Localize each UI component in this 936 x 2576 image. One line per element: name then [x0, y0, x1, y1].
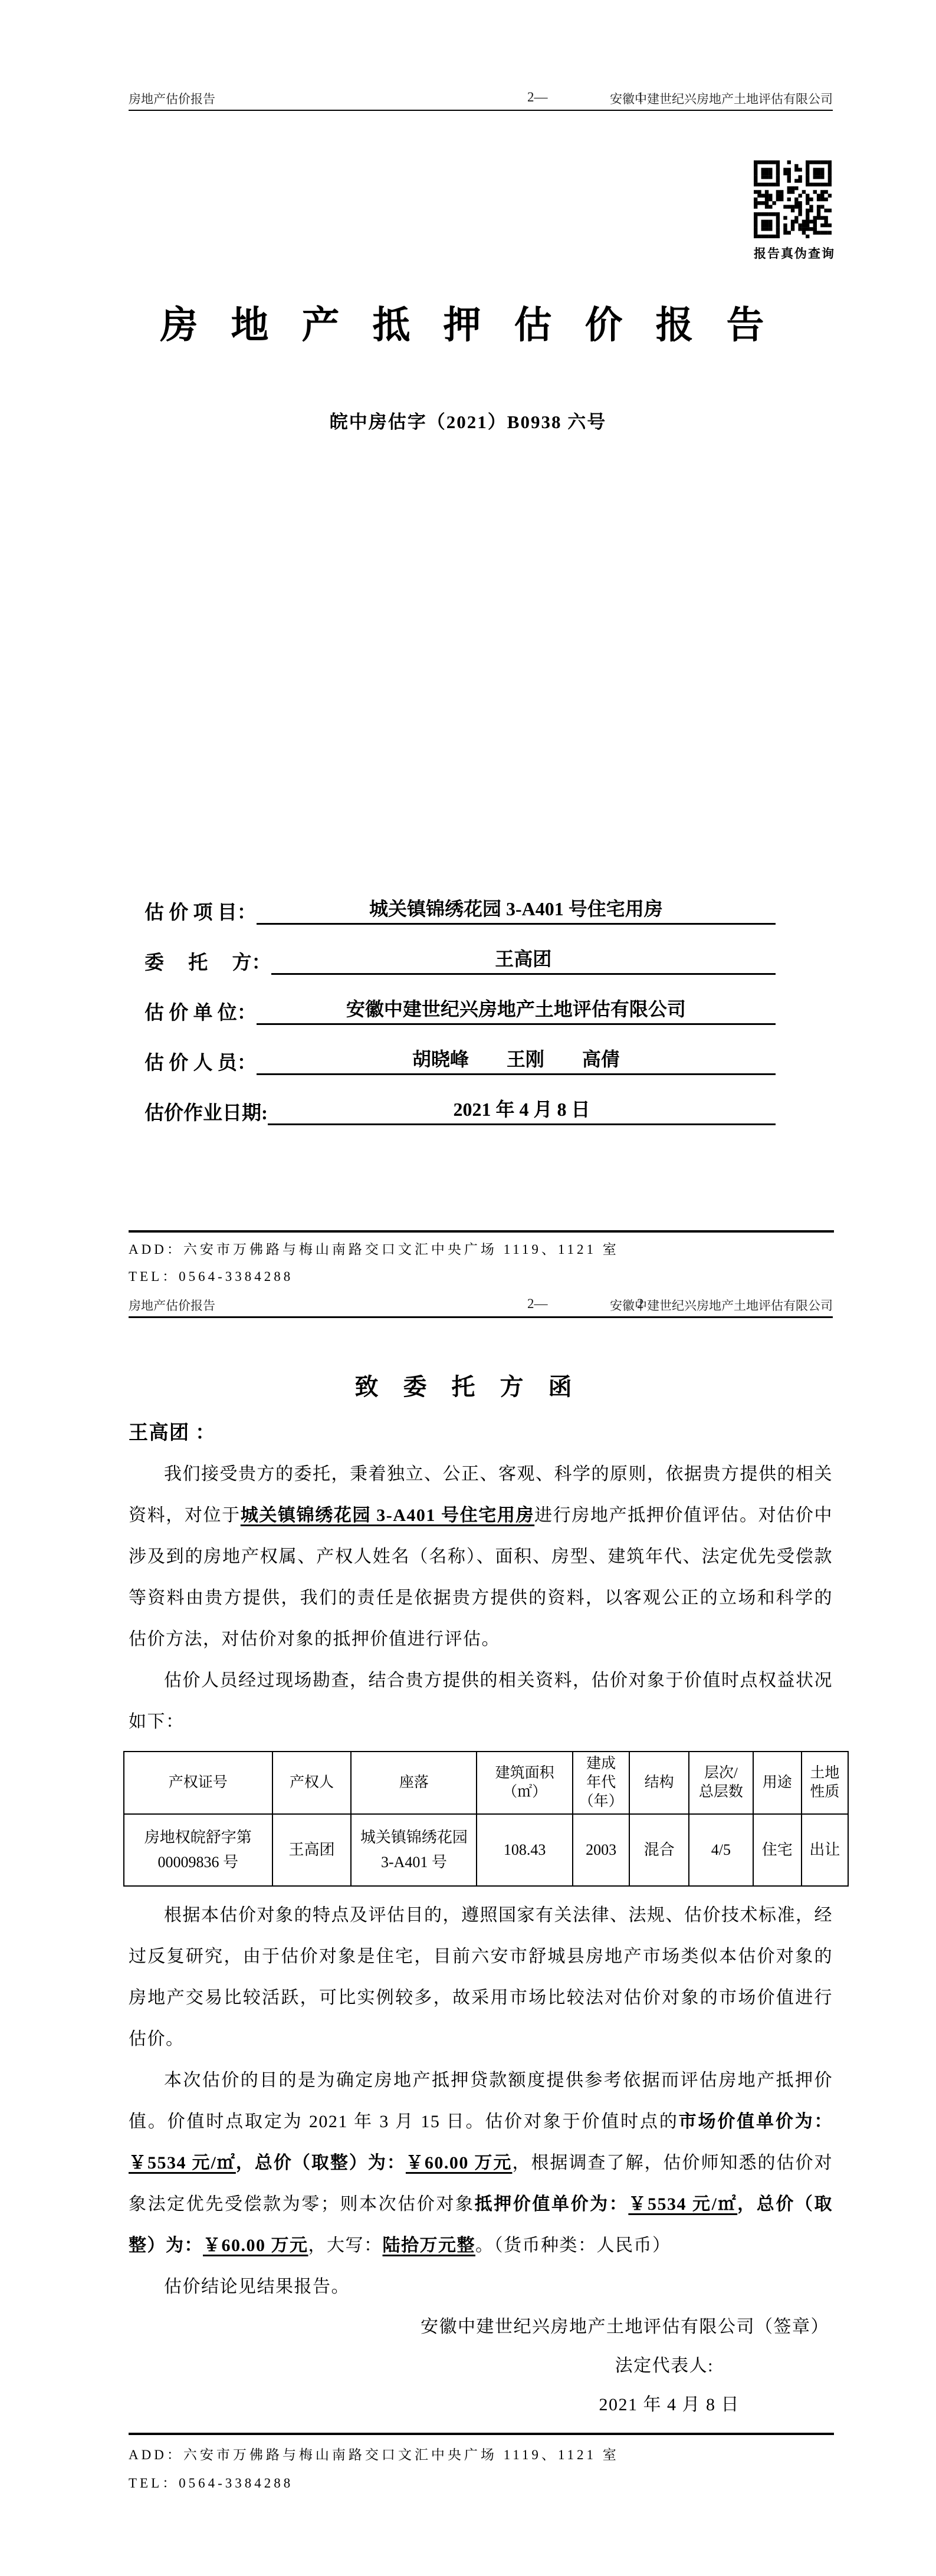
cell-use: 住宅	[753, 1814, 802, 1886]
cell-owner: 王高团	[272, 1814, 352, 1886]
page1-footer-address: ADD：六安市万佛路与梅山南路交口文汇中央广场 1119、1121 室	[129, 1238, 895, 1258]
col-header-floor-area: 建筑面积（㎡）	[477, 1752, 572, 1814]
col-header-owner: 产权人	[272, 1752, 352, 1814]
cell-location: 城关镇锦绣花园3-A401 号	[351, 1814, 477, 1886]
appraisal-table-data-row: 房地权皖舒字第00009836 号 王高团 城关镇锦绣花园3-A401 号 10…	[124, 1814, 848, 1886]
page2-header-rule	[129, 1316, 833, 1318]
qr-code	[754, 160, 832, 238]
signature-legal-rep: 法定代表人:	[129, 2347, 833, 2386]
col-header-location: 座落	[351, 1752, 477, 1814]
cell-floor-level: 4/5	[689, 1814, 753, 1886]
paragraph-conclusion-ref: 估价结论见结果报告。	[129, 2266, 833, 2308]
col-header-land-nature: 土地性质	[802, 1752, 848, 1814]
page2-footer-rule	[129, 2433, 834, 2435]
cell-structure: 混合	[629, 1814, 688, 1886]
field-row-client: 委 托 方： 王高团	[144, 947, 776, 975]
signature-company: 安徽中建世纪兴房地产土地评估有限公司（签章）	[129, 2308, 833, 2347]
cell-certificate-no: 房地权皖舒字第00009836 号	[124, 1814, 272, 1886]
cover-fields: 估 价 项 目： 城关镇锦绣花园 3-A401 号住宅用房 委 托 方： 王高团…	[144, 896, 776, 1147]
page1-header-title: 房地产估价报告	[129, 90, 215, 107]
page1-header-company: 安徽中建世纪兴房地产土地评估有限公司	[610, 90, 833, 107]
page1-footer-telephone: TEL：0564-3384288	[129, 1266, 895, 1285]
page1-footer-rule	[129, 1230, 834, 1233]
page2-header-title: 房地产估价报告	[129, 1296, 215, 1314]
field-row-project: 估 价 项 目： 城关镇锦绣花园 3-A401 号住宅用房	[144, 896, 776, 925]
report-doc-number: 皖中房估字（2021）B0938 六号	[0, 407, 936, 433]
appraisal-table-header-row: 产权证号 产权人 座落 建筑面积（㎡） 建成年代（年） 结构 层次/总层数 用途…	[124, 1752, 848, 1814]
field-label-appraisers: 估 价 人 员：	[144, 1047, 257, 1075]
letter-body: 王高团 ： 我们接受贵方的委托，秉着独立、公正、客观、科学的原则，依据贵方提供的…	[129, 1412, 833, 2424]
letter-title: 致 委 托 方 函	[0, 1368, 936, 1402]
cell-land-nature: 出让	[802, 1814, 848, 1886]
paragraph-survey: 估价人员经过现场勘查，结合贵方提供的相关资料，估价对象于价值时点权益状况如下：	[129, 1660, 833, 1743]
field-value-project: 城关镇锦绣花园 3-A401 号住宅用房	[257, 894, 776, 925]
signature-block: 安徽中建世纪兴房地产土地评估有限公司（签章） 法定代表人: 2021 年 4 月…	[129, 2308, 833, 2424]
page2-header-page-prefix: 2—	[527, 1296, 548, 1312]
col-header-certificate-no: 产权证号	[124, 1752, 272, 1814]
field-row-work-date: 估价作业日期: 2021 年 4 月 8 日	[144, 1097, 776, 1125]
salutation: 王高团 ：	[129, 1412, 833, 1454]
paragraph-commission: 我们接受贵方的委托，秉着独立、公正、客观、科学的原则，依据贵方提供的相关资料，对…	[129, 1454, 833, 1660]
field-row-appraisers: 估 价 人 员： 胡晓峰 王刚 高倩	[144, 1047, 776, 1075]
cell-year-built: 2003	[573, 1814, 630, 1886]
page2-footer-telephone: TEL：0564-3384288	[129, 2472, 895, 2492]
field-value-appraisers: 胡晓峰 王刚 高倩	[257, 1044, 776, 1075]
paragraph-valuation: 本次估价的目的是为确定房地产抵押贷款额度提供参考依据而评估房地产抵押价值。价值时…	[129, 2060, 833, 2266]
page1-header-page-prefix: 2—	[527, 90, 548, 105]
page2-header-company: 安徽中建世纪兴房地产土地评估有限公司	[610, 1296, 833, 1314]
appraisal-table: 产权证号 产权人 座落 建筑面积（㎡） 建成年代（年） 结构 层次/总层数 用途…	[123, 1751, 849, 1887]
field-value-work-date: 2021 年 4 月 8 日	[268, 1095, 776, 1125]
cell-floor-area: 108.43	[477, 1814, 572, 1886]
paragraph-method: 根据本估价对象的特点及评估目的，遵照国家有关法律、法规、估价技术标准，经过反复研…	[129, 1895, 833, 2060]
page1-header-rule	[129, 110, 833, 111]
col-header-floor-level: 层次/总层数	[689, 1752, 753, 1814]
report-title: 房 地 产 抵 押 估 价 报 告	[0, 295, 936, 349]
col-header-year-built: 建成年代（年）	[573, 1752, 630, 1814]
field-label-client: 委 托 方：	[144, 947, 271, 975]
field-value-agency: 安徽中建世纪兴房地产土地评估有限公司	[257, 994, 776, 1025]
field-label-work-date: 估价作业日期:	[144, 1098, 268, 1125]
field-row-agency: 估 价 单 位： 安徽中建世纪兴房地产土地评估有限公司	[144, 997, 776, 1025]
field-value-client: 王高团	[271, 944, 776, 975]
appraisal-report-document: 房地产估价报告 2— 1 安徽中建世纪兴房地产土地评估有限公司 报告真伪查询 房…	[0, 0, 936, 2576]
page1-header: 房地产估价报告 2— 1 安徽中建世纪兴房地产土地评估有限公司	[129, 90, 833, 107]
qr-caption: 报告真伪查询	[754, 244, 832, 262]
col-header-structure: 结构	[629, 1752, 688, 1814]
report-verification-qr-block: 报告真伪查询	[754, 160, 832, 262]
field-label-agency: 估 价 单 位：	[144, 997, 257, 1025]
page2-footer-address: ADD：六安市万佛路与梅山南路交口文汇中央广场 1119、1121 室	[129, 2444, 895, 2463]
col-header-use: 用途	[753, 1752, 802, 1814]
field-label-project: 估 价 项 目：	[144, 897, 257, 925]
page2-header: 房地产估价报告 2— 2 安徽中建世纪兴房地产土地评估有限公司	[129, 1296, 833, 1314]
signature-date: 2021 年 4 月 8 日	[129, 2386, 833, 2424]
